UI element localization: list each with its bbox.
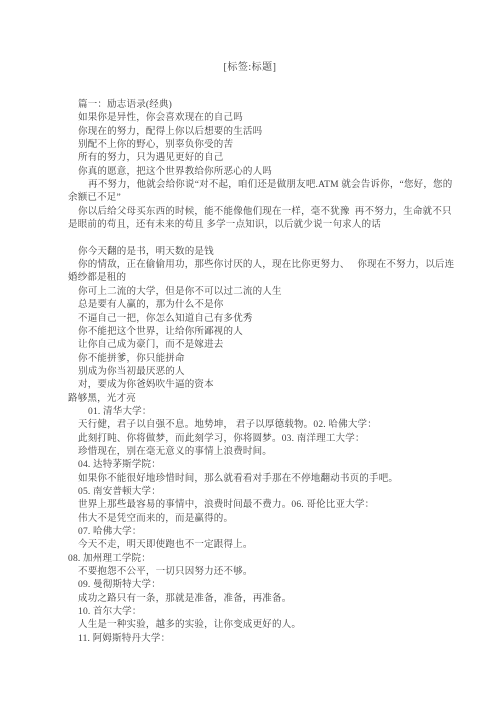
doc-line: 所有的努力，只为遇见更好的自己 (68, 152, 472, 165)
doc-line: 路够黑，光才亮 (68, 393, 472, 406)
doc-line: 11. 阿姆斯特丹大学： (68, 633, 472, 646)
doc-line: 天行健，君子以自强不息。地势坤， 君子以厚德载物。02. 哈佛大学： (68, 419, 472, 432)
doc-line: 婚纱都是租的 (68, 272, 472, 285)
doc-body: 篇一：励志语录(经典)如果你是异性，你会喜欢现在的自己吗你现在的努力，配得上你以… (68, 99, 472, 646)
doc-line: 不逼自己一把，你怎么知道自己有多优秀 (68, 313, 472, 326)
doc-line: 总是要有人赢的，那为什么不是你 (68, 299, 472, 312)
doc-line: 篇一：励志语录(经典) (68, 99, 472, 112)
doc-line: 07. 哈佛大学： (68, 526, 472, 539)
doc-line: 你以后给父母买东西的时候，能不能像他们现在一样，毫不犹豫 再不努力，生命就不只 (68, 206, 472, 219)
doc-line: 10. 首尔大学： (68, 606, 472, 619)
doc-line: 04. 达特茅斯学院： (68, 459, 472, 472)
doc-line: 让你自己成为豪门，而不是嫁进去 (68, 339, 472, 352)
doc-line: 别成为你当初最厌恶的人 (68, 366, 472, 379)
doc-line: 你可上二流的大学，但是你不可以过二流的人生 (68, 286, 472, 299)
doc-line: 你不能拼爹，你只能拼命 (68, 353, 472, 366)
doc-line: 09. 曼彻斯特大学： (68, 579, 472, 592)
doc-line: 再不努力，他就会给你说“对不起，咱们还是做朋友吧.ATM 就会告诉你，“您好，您… (68, 179, 472, 192)
doc-line: 人生是一种实验，越多的实验，让你变成更好的人。 (68, 619, 472, 632)
doc-line: 你不能把这个世界，让给你所鄙视的人 (68, 326, 472, 339)
doc-line: 别配不上你的野心，别辜负你受的苦 (68, 139, 472, 152)
doc-line: 珍惜现在，别在毫无意义的事情上浪费时间。 (68, 446, 472, 459)
doc-line: 如果你不能很好地珍惜时间，那么就看看对手那在不停地翻动书页的手吧。 (68, 473, 472, 486)
doc-line: 今天不走，明天即使跑也不一定跟得上。 (68, 539, 472, 552)
doc-line: 对，要成为你爸妈吹牛逼的资本 (68, 379, 472, 392)
document-page: [标签:标题] 篇一：励志语录(经典)如果你是异性，你会喜欢现在的自己吗你现在的… (0, 0, 500, 707)
doc-title: [标签:标题] (0, 61, 500, 74)
doc-line: 不要抱怨不公平，一切只因努力还不够。 (68, 566, 472, 579)
doc-line: 余额已不足” (68, 192, 472, 205)
doc-line: 如果你是异性，你会喜欢现在的自己吗 (68, 112, 472, 125)
doc-line (68, 232, 472, 245)
doc-line: 成功之路只有一条，那就是准备，准备，再准备。 (68, 593, 472, 606)
doc-line: 伟大不是凭空而来的，而是赢得的。 (68, 513, 472, 526)
doc-line: 你的情敌，正在偷偷用功，那些你讨厌的人，现在比你更努力、 你现在不努力，以后连 (68, 259, 472, 272)
doc-line: 世界上那些最容易的事情中，浪费时间最不费力。06. 哥伦比亚大学： (68, 499, 472, 512)
doc-line: 08. 加州理工学院： (68, 553, 472, 566)
doc-line: 01. 清华大学： (68, 406, 472, 419)
doc-line: 是眼前的苟且，还有未来的苟且 多学一点知识，以后就少说一句求人的话 (68, 219, 472, 232)
doc-line: 05. 南安普顿大学： (68, 486, 472, 499)
doc-line: 你真的愿意，把这个世界教给你所恶心的人吗 (68, 166, 472, 179)
doc-line: 你今天翻的是书，明天数的是钱 (68, 246, 472, 259)
doc-line: 你现在的努力，配得上你以后想要的生活吗 (68, 126, 472, 139)
doc-line: 此刻打盹、你将做梦，而此刻学习，你将圆梦。03. 南洋理工大学： (68, 433, 472, 446)
